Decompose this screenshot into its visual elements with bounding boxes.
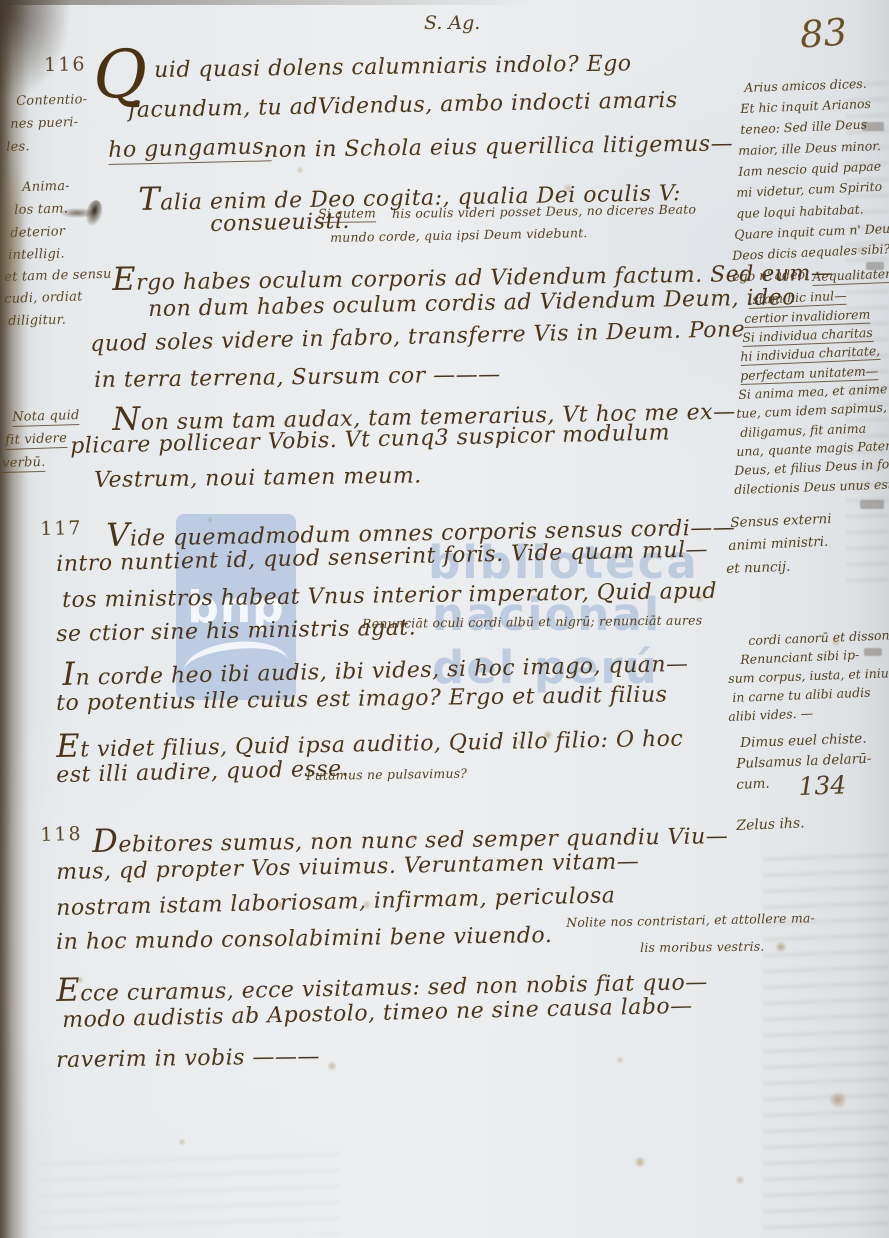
left-margin-note: Contentio-	[16, 92, 87, 109]
right-margin-note: sum corpus, iusta, et iniusta.	[728, 665, 889, 686]
main-text: ho gungamus,	[108, 134, 272, 165]
main-text: uid quasi dolens calumniaris indolo? Ego	[154, 51, 632, 83]
top-edge-shadow	[0, 0, 533, 5]
bleedthrough-right-lower	[762, 845, 888, 1235]
right-margin-note: et nuncij.	[726, 559, 791, 577]
main-text: in terra terrena, Sursum cor ———	[94, 362, 501, 393]
bleedthrough-bottom-left	[40, 1150, 340, 1235]
main-text: Vestrum, noui tamen meum.	[94, 463, 422, 493]
main-text: in hoc mundo consolabimini bene viuendo.	[56, 923, 552, 955]
corner-stain	[0, 0, 72, 100]
right-margin-note: Sensus externi	[730, 511, 832, 531]
foxing-spot	[327, 1061, 337, 1071]
right-margin-note: Pulsamus la delarū-	[736, 751, 872, 772]
foxing-spot	[296, 166, 304, 174]
right-margin-note: cum.	[736, 776, 770, 793]
foxing-spot	[178, 1138, 186, 1146]
foxing-spot	[616, 1056, 624, 1064]
right-margin-note: Aequalitatem	[812, 266, 889, 286]
right-margin-note: in carne tu alibi audis	[732, 685, 871, 705]
foxing-spot	[634, 1156, 646, 1168]
left-margin-note: fit videre	[5, 431, 67, 450]
right-margin-note: Dimus euel chiste.	[740, 731, 867, 751]
right-margin-note: Zelus ihs.	[736, 815, 805, 834]
paragraph-number: 118	[40, 823, 83, 846]
folio-number: 83	[799, 10, 849, 56]
left-margin-note: et tam de sensu	[4, 267, 112, 285]
interlinear-note: Putamus ne pulsavimus?	[306, 766, 467, 783]
right-margin-note: Renunciant sibi ip-	[740, 647, 860, 667]
right-margin-note: animi ministri.	[728, 534, 829, 554]
interlinear-note: mundo corde, quia ipsi Deum videbunt.	[330, 225, 588, 245]
interlinear-note: Si autem	[318, 205, 376, 223]
right-margin-note: alibi vides. —	[728, 705, 813, 724]
left-margin-note: diligitur.	[8, 312, 66, 329]
edge-mark	[864, 648, 882, 656]
main-text: nostram istam laboriosam, infirmam, peri…	[56, 883, 616, 921]
manuscript-page: bnp biblioteca nacional del perú S. Ag. …	[0, 0, 889, 1238]
right-margin-note: 134	[798, 770, 847, 801]
drop-cap: Q	[92, 44, 149, 105]
left-margin-note: deterior	[10, 224, 65, 241]
paragraph-number: 117	[40, 517, 83, 540]
main-text: quod soles videre in fabro, transferre V…	[90, 317, 745, 357]
left-margin-note: les.	[6, 139, 30, 155]
right-margin-note: istam hic inul—	[748, 288, 847, 309]
left-margin-note: verbū.	[2, 455, 46, 473]
right-margin-note: cordi canorū et dissonū	[748, 627, 889, 648]
main-text: facundum, tu adVidendus, ambo indocti am…	[128, 88, 678, 123]
left-margin-note: Anima-	[22, 179, 70, 195]
left-margin-note: los tam.	[14, 201, 68, 218]
left-margin-note: nes pueri-	[10, 115, 78, 132]
edge-mark	[860, 500, 884, 509]
interlinear-note: lis moribus vestris.	[640, 939, 765, 955]
left-margin-note: intelligi.	[8, 247, 65, 263]
ink-blot	[83, 198, 105, 227]
left-margin-note: Nota quid	[12, 408, 80, 427]
right-margin-note: ego n' adeo,	[732, 266, 809, 284]
main-text: raverim in vobis ———	[56, 1044, 320, 1073]
foxing-spot	[735, 1175, 745, 1185]
paragraph-number: 116	[44, 53, 87, 76]
left-margin-note: cudi, ordiat	[4, 289, 83, 307]
right-margin-note: que loqui habitabat.	[736, 202, 864, 221]
main-text: non in Schola eius querillica litigemus—	[264, 131, 733, 163]
interlinear-note: his oculis videri posset Deus, no dicere…	[392, 201, 696, 221]
main-text: Et videt filius, Quid ipsa auditio, Quid…	[56, 716, 683, 765]
running-header: S. Ag.	[424, 12, 480, 34]
